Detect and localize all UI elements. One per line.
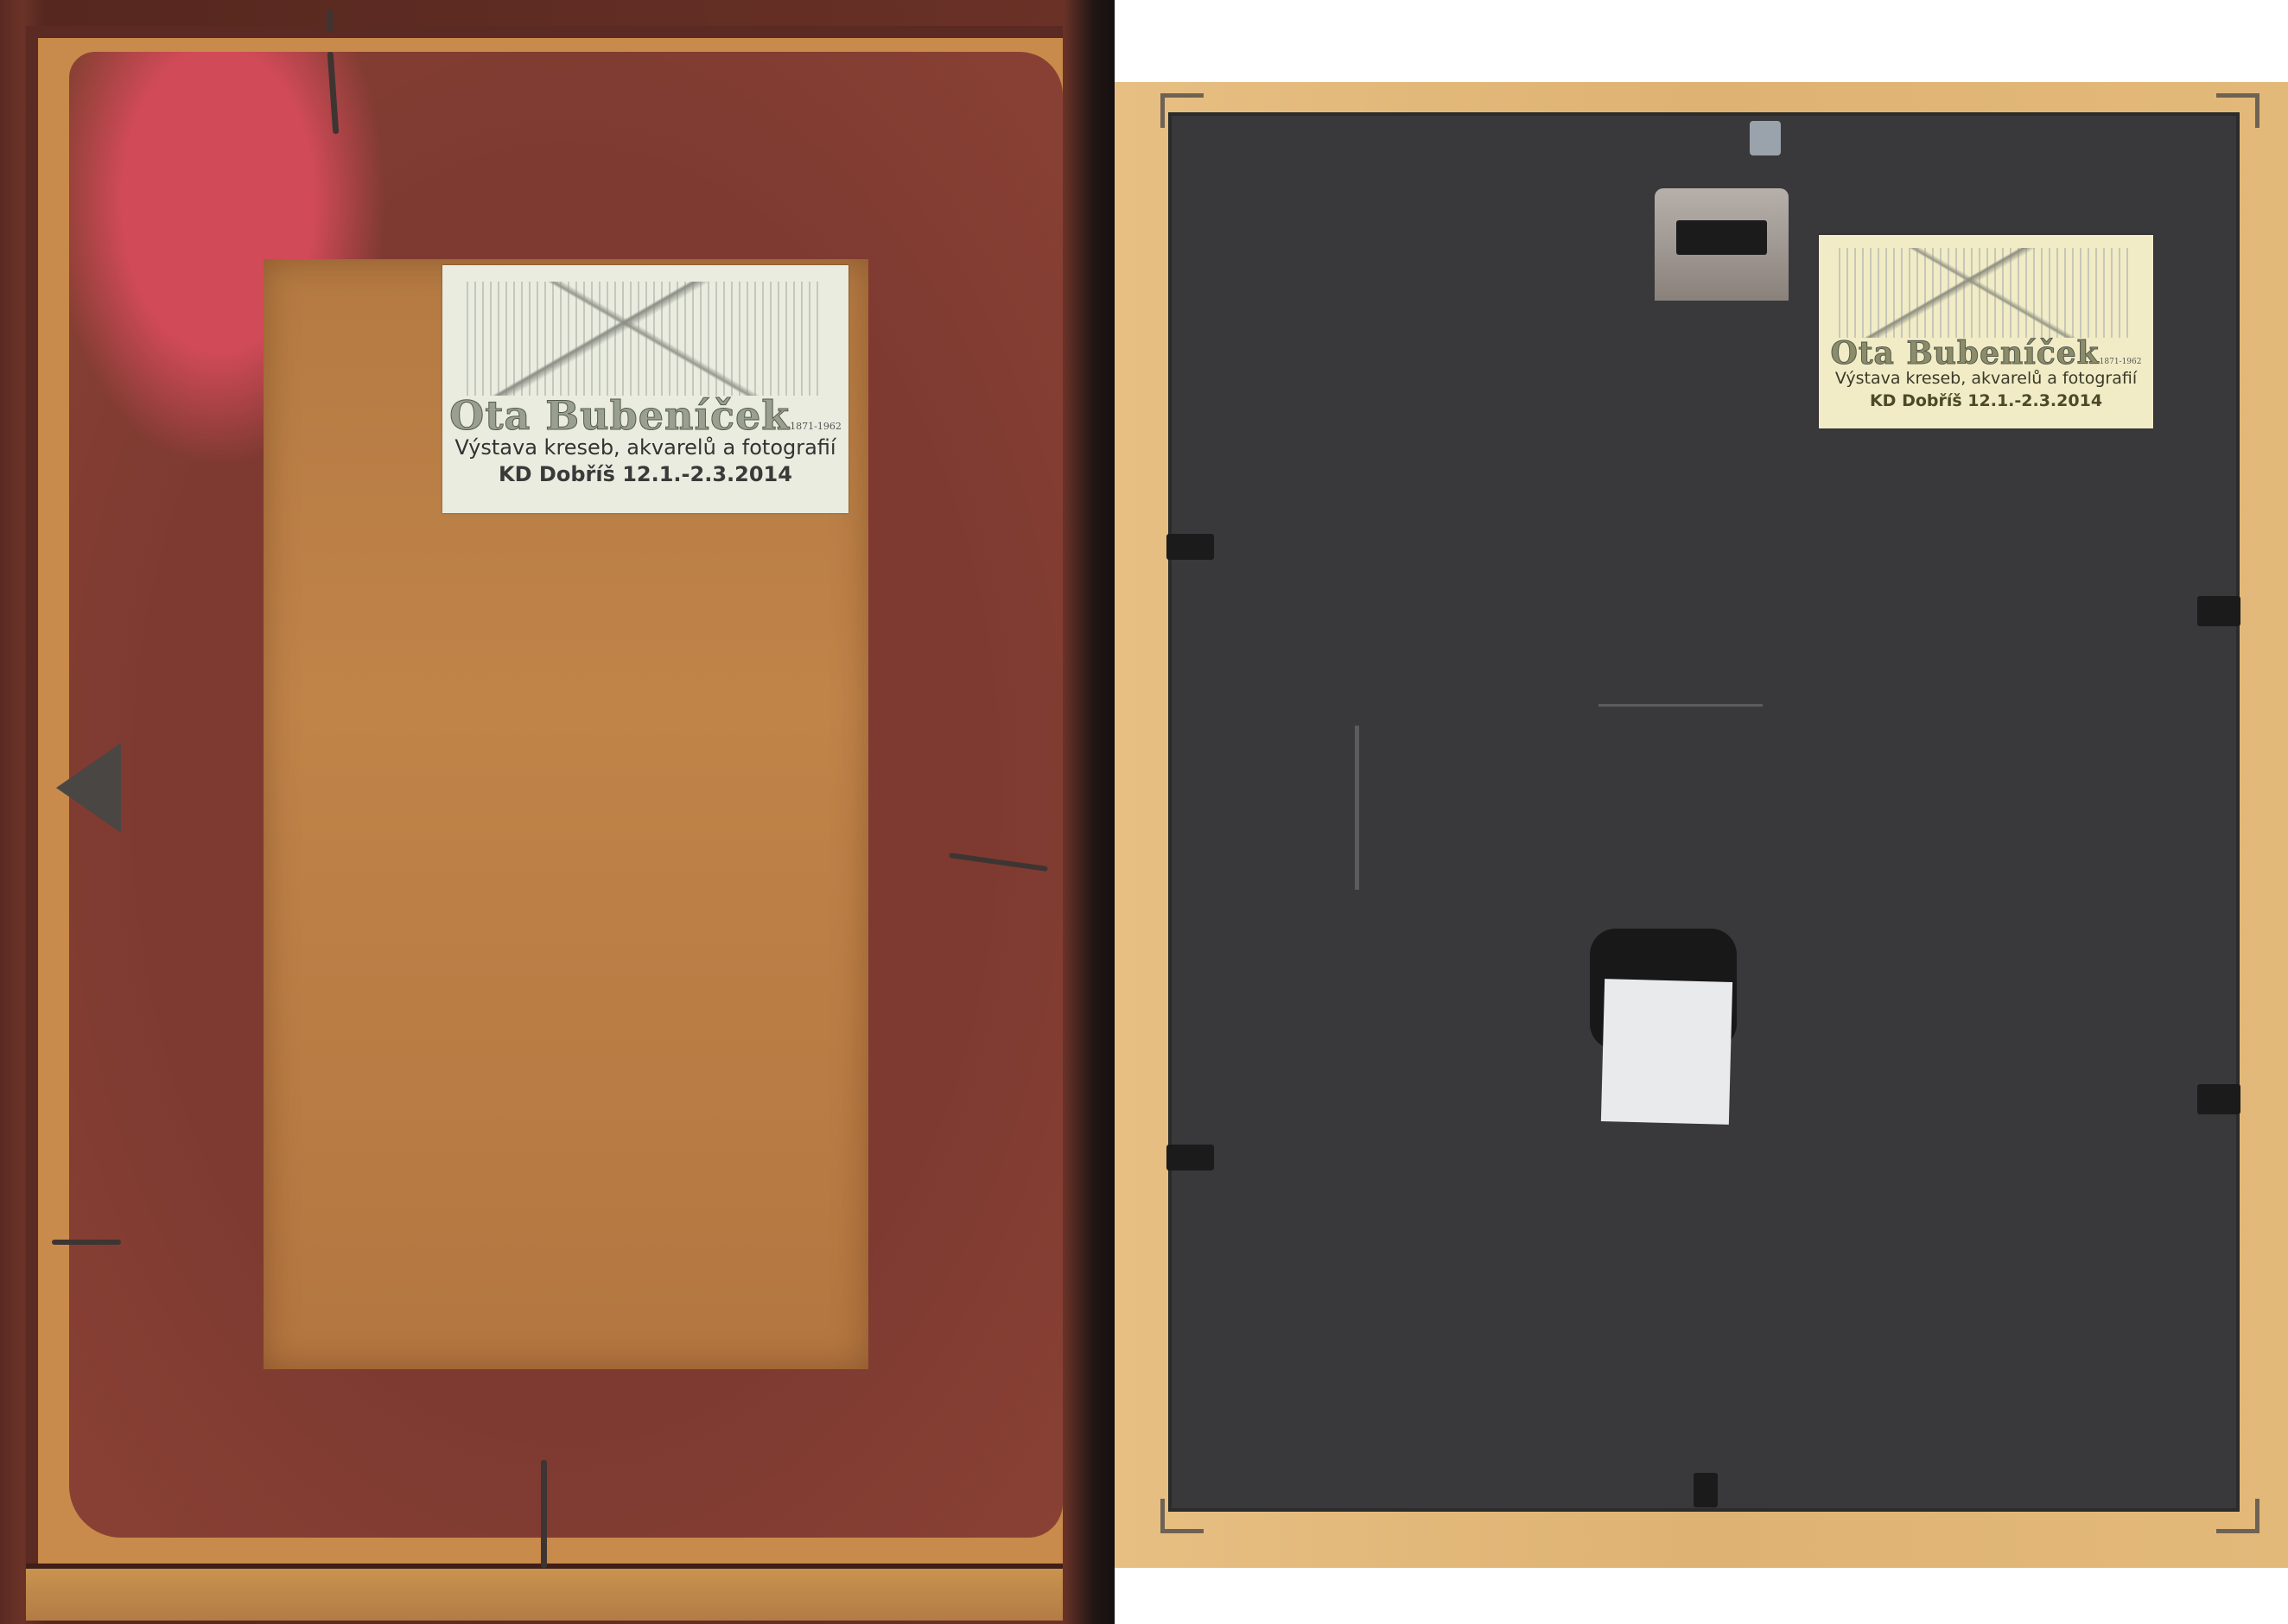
artist-name: Ota Bubeníček: [449, 392, 790, 439]
exhibition-subtitle: Výstava kreseb, akvarelů a fotografií: [1819, 369, 2153, 389]
cottage-sketch-image: [467, 282, 824, 396]
artist-years: 1871-1962: [790, 421, 842, 432]
frame-clip-icon: [2197, 1084, 2240, 1114]
frame-clip-icon: [2197, 596, 2240, 626]
artist-years: 1871-1962: [2100, 358, 2142, 366]
left-frame-bottom-rail: [26, 1564, 1089, 1621]
cottage-sketch-image: [1839, 248, 2133, 337]
hanger-slot: [1676, 220, 1767, 255]
nail-icon: [52, 1240, 121, 1245]
scratch-mark: [1598, 704, 1763, 707]
nail-icon: [541, 1460, 547, 1568]
frame-clip-icon: [1166, 1145, 1214, 1170]
frame-clip-icon: [1694, 1473, 1718, 1507]
frame-clip-icon: [1166, 534, 1214, 560]
exhibition-label-right: Ota Bubeníček1871-1962 Výstava kreseb, a…: [1819, 235, 2153, 428]
nail-icon: [327, 10, 333, 32]
exhibition-label-left: Ota Bubeníček1871-1962 Výstava kreseb, a…: [442, 265, 848, 513]
scratch-mark: [1355, 726, 1359, 890]
metal-tab-icon: [56, 743, 121, 833]
artist-name: Ota Bubeníček: [1830, 335, 2099, 371]
exhibition-subtitle: Výstava kreseb, akvarelů a fotografií: [442, 435, 848, 460]
corner-wire-icon: [2216, 1499, 2259, 1533]
metal-clip-icon: [1750, 121, 1781, 155]
left-frame-side-edge: [1063, 0, 1115, 1624]
venue-dates: KD Dobříš 12.1.-2.3.2014: [1819, 389, 2153, 413]
velcro-patch: [1601, 979, 1732, 1125]
corner-wire-icon: [1160, 93, 1204, 128]
corner-wire-icon: [1160, 1499, 1204, 1533]
venue-dates: KD Dobříš 12.1.-2.3.2014: [442, 460, 848, 489]
corner-wire-icon: [2216, 93, 2259, 128]
